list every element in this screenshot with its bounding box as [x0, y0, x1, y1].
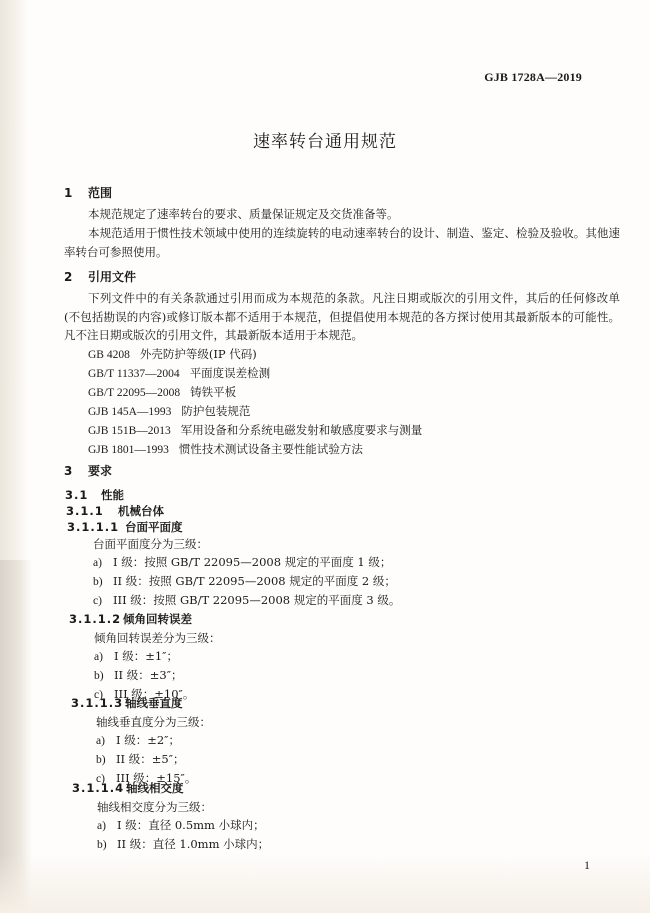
reference-item: GJB 1801—1993惯性技术测试设备主要性能试验方法 [88, 441, 363, 457]
list-text: III 级：按照 GB/T 22095—2008 规定的平面度 3 级。 [113, 593, 400, 607]
standard-number: GJB 1728A—2019 [484, 70, 582, 85]
section-1-heading: 1范围 [64, 184, 112, 201]
list-item: a)I 级：±1″； [94, 648, 178, 664]
section-intro: 轴线相交度分为三级： [97, 798, 212, 816]
section-number: 3 [64, 464, 88, 478]
section-2-heading: 2引用文件 [64, 268, 136, 285]
list-text: II 级：按照 GB/T 22095—2008 规定的平面度 2 级； [113, 574, 396, 588]
list-text: II 级：直径 1.0mm 小球内； [117, 837, 269, 851]
section-intro: 台面平面度分为三级： [93, 535, 208, 553]
list-item: a)I 级：±2″； [96, 732, 180, 748]
section-3-1-1-2-heading: 3.1.1.2倾角回转误差 [69, 611, 192, 627]
list-text: II 级：±3″； [114, 668, 183, 682]
list-item: a)I 级：按照 GB/T 22095—2008 规定的平面度 1 级； [93, 554, 391, 570]
list-item: b)II 级：±3″； [94, 667, 183, 683]
reference-code: GJB 151B—2013 [88, 425, 171, 437]
section-title: 轴线垂直度 [125, 696, 183, 710]
section-3-1-heading: 3.1性能 [65, 487, 124, 503]
reference-title: 平面度误差检测 [190, 366, 271, 380]
section-1-paragraph-2: 本规范适用于惯性技术领域中使用的连续旋转的电动速率转台的设计、制造、鉴定、检验及… [64, 224, 620, 261]
reference-title: 外壳防护等级(IP 代码) [140, 347, 257, 361]
list-marker: b) [93, 576, 113, 588]
section-3-1-1-heading: 3.1.1机械台体 [66, 503, 164, 519]
section-number: 2 [64, 270, 88, 284]
section-number: 3.1 [65, 488, 101, 502]
section-number: 3.1.1.3 [71, 696, 125, 710]
section-number: 3.1.1.1 [67, 520, 125, 534]
reference-title: 铸铁平板 [190, 385, 236, 399]
list-marker: b) [97, 839, 117, 851]
section-title: 性能 [101, 488, 124, 502]
section-intro: 倾角回转误差分为三级： [94, 629, 221, 647]
list-text: I 级：±2″； [116, 733, 180, 747]
reference-code: GB/T 11337—2004 [88, 368, 180, 380]
list-text: I 级：直径 0.5mm 小球内； [117, 818, 265, 832]
document-title: 速率转台通用规范 [0, 127, 650, 152]
reference-item: GB/T 11337—2004平面度误差检测 [88, 365, 270, 381]
reference-code: GB 4208 [88, 349, 130, 361]
reference-code: GJB 145A—1993 [88, 406, 171, 418]
section-3-1-1-1-heading: 3.1.1.1台面平面度 [67, 519, 183, 535]
section-3-1-1-3-heading: 3.1.1.3轴线垂直度 [71, 695, 183, 711]
list-marker: b) [96, 754, 116, 766]
list-item: b)II 级：按照 GB/T 22095—2008 规定的平面度 2 级； [93, 573, 396, 589]
list-marker: c) [93, 595, 113, 607]
list-marker: a) [96, 735, 116, 747]
list-text: I 级：±1″； [114, 649, 178, 663]
section-title: 要求 [88, 464, 112, 478]
section-number: 3.1.1.4 [72, 781, 126, 795]
list-marker: a) [97, 820, 117, 832]
list-marker: b) [94, 670, 114, 682]
section-title: 范围 [88, 186, 112, 200]
section-2-paragraph: 下列文件中的有关条款通过引用而成为本规范的条款。凡注日期或版次的引用文件，其后的… [64, 289, 620, 345]
section-title: 机械台体 [118, 504, 164, 518]
list-item: a)I 级：直径 0.5mm 小球内； [97, 817, 265, 833]
section-3-1-1-4-heading: 3.1.1.4轴线相交度 [72, 780, 184, 796]
section-title: 倾角回转误差 [123, 612, 192, 626]
section-intro: 轴线垂直度分为三级： [96, 713, 211, 731]
section-number: 1 [64, 186, 88, 200]
list-marker: a) [94, 651, 114, 663]
reference-item: GB/T 22095—2008铸铁平板 [88, 384, 236, 400]
reference-item: GB 4208外壳防护等级(IP 代码) [88, 346, 257, 362]
list-item: b)II 级：±5″； [96, 751, 185, 767]
page-number: 1 [584, 858, 590, 873]
list-item: c)III 级：按照 GB/T 22095—2008 规定的平面度 3 级。 [93, 592, 400, 608]
page-bottom-shadow [0, 853, 650, 913]
list-item: b)II 级：直径 1.0mm 小球内； [97, 836, 269, 852]
section-number: 3.1.1 [66, 504, 118, 518]
section-title: 轴线相交度 [126, 781, 184, 795]
list-marker: a) [93, 557, 113, 569]
list-text: I 级：按照 GB/T 22095—2008 规定的平面度 1 级； [113, 555, 391, 569]
reference-title: 防护包装规范 [181, 404, 250, 418]
list-text: II 级：±5″； [116, 752, 185, 766]
section-title: 台面平面度 [125, 520, 183, 534]
section-number: 3.1.1.2 [69, 612, 123, 626]
reference-item: GJB 151B—2013军用设备和分系统电磁发射和敏感度要求与测量 [88, 422, 422, 438]
section-title: 引用文件 [88, 270, 136, 284]
reference-code: GJB 1801—1993 [88, 444, 169, 456]
reference-item: GJB 145A—1993防护包装规范 [88, 403, 250, 419]
section-1-paragraph-1: 本规范规定了速率转台的要求、质量保证规定及交货准备等。 [64, 205, 616, 224]
reference-title: 惯性技术测试设备主要性能试验方法 [179, 442, 363, 456]
reference-title: 军用设备和分系统电磁发射和敏感度要求与测量 [181, 423, 423, 437]
section-3-heading: 3要求 [64, 462, 112, 479]
reference-code: GB/T 22095—2008 [88, 387, 180, 399]
